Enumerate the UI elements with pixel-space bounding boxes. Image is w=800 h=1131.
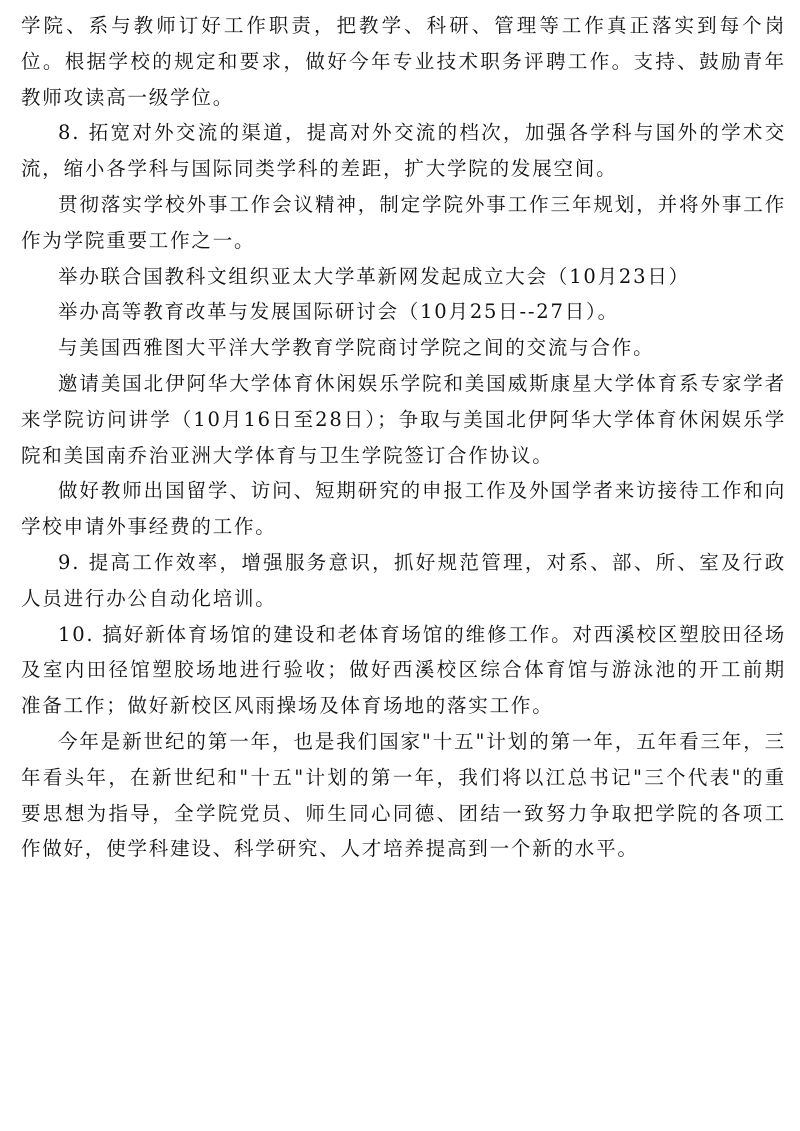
document-page: 学院、系与教师订好工作职责，把教学、科研、管理等工作真正落实到每个岗位。根据学校… bbox=[21, 8, 786, 867]
paragraph-conclusion: 今年是新世纪的第一年，也是我们国家"十五"计划的第一年，五年看三年，三年看头年，… bbox=[21, 724, 786, 867]
paragraph-item-10-facilities: 10. 搞好新体育场馆的建设和老体育场馆的维修工作。对西溪校区塑胶田径场及室内田… bbox=[21, 617, 786, 724]
paragraph-international-seminar: 举办高等教育改革与发展国际研讨会（10月25日--27日）。 bbox=[21, 294, 786, 330]
paragraph-item-9-efficiency: 9. 提高工作效率，增强服务意识，抓好规范管理，对系、部、所、室及行政人员进行办… bbox=[21, 545, 786, 617]
paragraph-item-8-exchange: 8. 拓宽对外交流的渠道，提高对外交流的档次，加强各学科与国外的学术交流，缩小各… bbox=[21, 115, 786, 187]
paragraph-staff-duties: 学院、系与教师订好工作职责，把教学、科研、管理等工作真正落实到每个岗位。根据学校… bbox=[21, 8, 786, 115]
paragraph-unesco-conference: 举办联合国教科文组织亚太大学革新网发起成立大会（10月23日） bbox=[21, 259, 786, 295]
paragraph-invite-scholars: 邀请美国北伊阿华大学体育休闲娱乐学院和美国威斯康星大学体育系专家学者来学院访问讲… bbox=[21, 366, 786, 473]
paragraph-foreign-affairs-plan: 贯彻落实学校外事工作会议精神，制定学院外事工作三年规划，并将外事工作作为学院重要… bbox=[21, 187, 786, 259]
paragraph-seattle-pacific: 与美国西雅图大平洋大学教育学院商讨学院之间的交流与合作。 bbox=[21, 330, 786, 366]
paragraph-study-abroad: 做好教师出国留学、访问、短期研究的申报工作及外国学者来访接待工作和向学校申请外事… bbox=[21, 473, 786, 545]
